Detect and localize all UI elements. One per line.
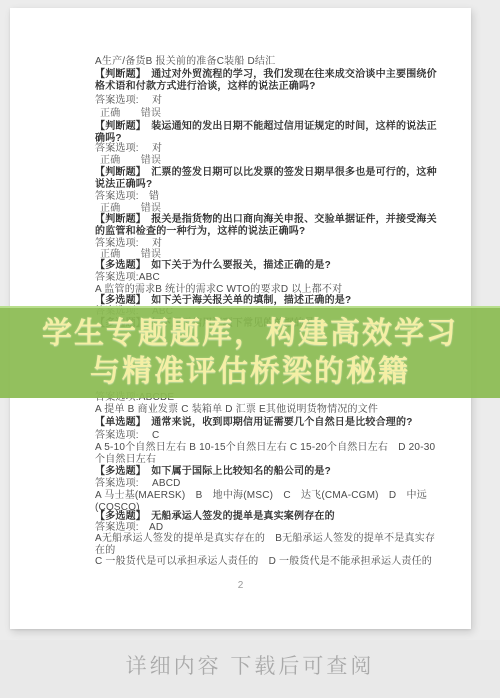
doc-line: C 一般货代是可以承担承运人责任的 D 一般货代是不能承担承运人责任的 — [95, 556, 439, 568]
footer-hint-text: 详细内容 下载后可查阅 — [0, 650, 500, 680]
title-banner: 学生专题题库，构建高效学习 与精准评估桥梁的秘籍 — [0, 306, 500, 398]
doc-line: 答案选项: 对 — [95, 95, 439, 107]
doc-line: A 5-10个自然日左右 B 10-15个自然日左右 C 15-20个自然日左右… — [95, 442, 439, 466]
doc-line: 答案选项: C — [95, 430, 439, 442]
banner-title-line1: 学生专题题库，构建高效学习 — [0, 315, 500, 353]
banner-title-line2: 与精准评估桥梁的秘籍 — [0, 353, 500, 391]
footer-bar: 详细内容 下载后可查阅 — [0, 640, 500, 698]
doc-line: A无船承运人签发的提单是真实存在的 B无船承运人签发的提单不是真实存在的 — [95, 533, 439, 557]
doc-line: 【判断题】 通过对外贸流程的学习，我们发现在往来成交洽谈中主要围绕价格术语和付款… — [95, 69, 439, 93]
doc-line: 【判断题】 装运通知的发出日期不能超过信用证规定的时间，这样的说法正确吗? — [95, 121, 439, 145]
doc-line: A生产/备货B 报关前的准备C装船 D结汇 — [95, 56, 439, 68]
doc-line: 答案选项: 错 — [95, 191, 439, 203]
doc-line: 【多选题】 如下关于为什么要报关，描述正确的是? — [95, 260, 439, 272]
doc-line: 答案选项: ABCD — [95, 478, 439, 490]
preview-stage: A生产/备货B 报关前的准备C装船 D结汇 【判断题】 通过对外贸流程的学习，我… — [0, 0, 500, 698]
doc-line: 正确 错误 — [95, 108, 444, 120]
doc-line: 答案选项: 对 — [95, 143, 439, 155]
doc-line: 【单选题】 通常来说，收到即期信用证需要几个自然日是比较合理的? — [95, 417, 439, 429]
page-number: 2 — [10, 580, 471, 591]
doc-line: 【判断题】 汇票的签发日期可以比发票的签发日期早很多也是可行的，这种说法正确吗? — [95, 167, 439, 191]
doc-line: A 提单 B 商业发票 C 装箱单 D 汇票 E其他说明货物情况的文件 — [95, 404, 439, 416]
doc-line: 【判断题】 报关是指货物的出口商向海关申报、交验单据证件，并接受海关的监管和检查… — [95, 214, 439, 238]
doc-line: 【多选题】 如下属于国际上比较知名的船公司的是? — [95, 466, 439, 478]
banner-text-block: 学生专题题库，构建高效学习 与精准评估桥梁的秘籍 — [0, 308, 500, 391]
doc-line: 答案选项:ABC — [95, 272, 439, 284]
doc-line: 正确 错误 — [95, 155, 444, 167]
